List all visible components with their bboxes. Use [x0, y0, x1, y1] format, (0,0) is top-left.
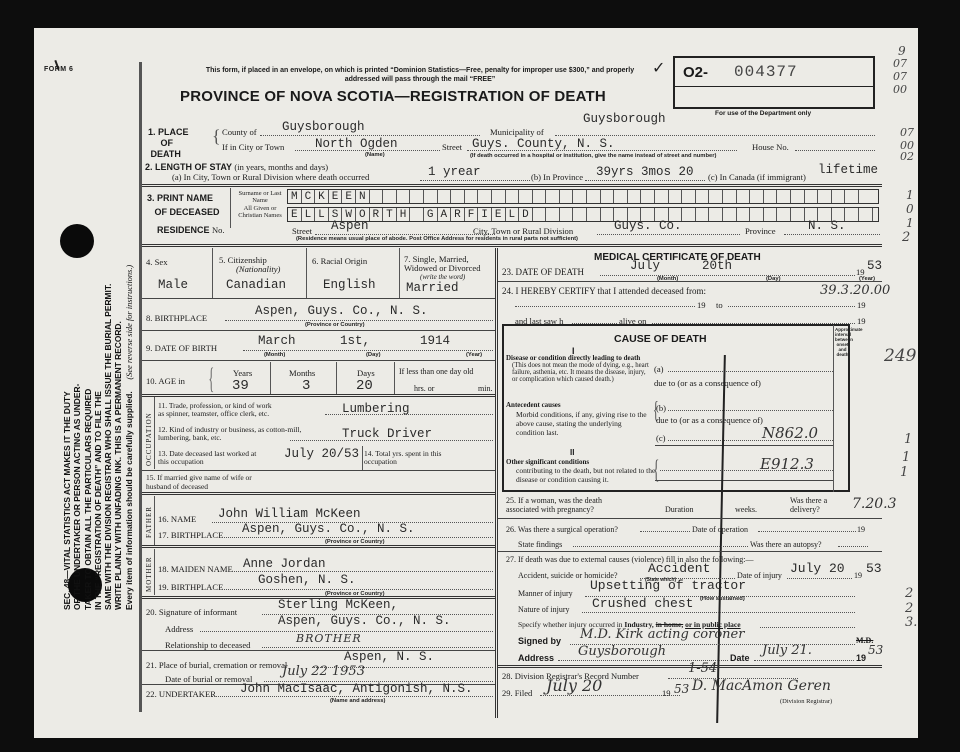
registration-prefix: O2-	[683, 64, 708, 81]
form-title: PROVINCE OF NOVA SCOTIA—REGISTRATION OF …	[180, 88, 606, 105]
dob-day: 1st,	[340, 334, 370, 348]
injury-date-value: July 20	[790, 561, 845, 576]
side-instructions: SEC. 48—VITAL STATISTICS ACT MAKES IT TH…	[62, 130, 142, 610]
marital-status-value: Married	[406, 281, 459, 295]
burial-date-value: July 22 1953	[282, 664, 365, 679]
pregnancy-annotation: 7.20.3	[852, 496, 897, 512]
signed-by-value: M.D. Kirk acting coroner	[580, 627, 744, 642]
residence-province-value: N. S.	[808, 219, 846, 233]
dob-year: 1914	[420, 334, 450, 348]
medical-heading: MEDICAL CERTIFICATE OF DEATH	[594, 252, 761, 263]
surname-grid: MCKEEN	[287, 189, 879, 204]
death-month: July	[630, 259, 660, 273]
age-years: 39	[232, 378, 249, 394]
registration-number: 004377	[734, 63, 798, 81]
residence-street-value: Aspen	[331, 219, 369, 233]
residence-city-value: Guys. Co.	[614, 219, 682, 233]
municipality-value: Guysborough	[583, 112, 666, 126]
form-number: FORM 6	[44, 66, 73, 73]
last-worked-value: July 20/53	[284, 447, 359, 461]
stay-province-value: 39yrs 3mos 20	[596, 165, 694, 179]
street-value: Guys. County, N. S.	[472, 137, 615, 151]
undertaker-value: John MacIsaac, Antigonish, N.S.	[240, 682, 473, 696]
interval-header: Approximate interval between onset and d…	[835, 327, 850, 357]
signer-address-value: Guysborough	[578, 644, 666, 659]
external-kind-value: Accident	[648, 561, 710, 576]
informant-address-value: Aspen, Guys. Co., N. S.	[278, 614, 451, 628]
citizenship-value: Canadian	[226, 278, 286, 292]
informant-signature-value: Sterling McKeen,	[278, 598, 398, 612]
father-name-value: John William McKeen	[218, 507, 361, 521]
filed-year-value: 53	[674, 682, 689, 696]
trade-value: Lumbering	[342, 402, 410, 416]
signed-year-value: 53	[868, 643, 883, 657]
county-value: Guysborough	[282, 120, 365, 134]
filed-date-value: July 20	[546, 676, 602, 695]
racial-origin-value: English	[323, 278, 376, 292]
signed-date-value: July 21.	[762, 643, 812, 658]
city-value: North Ogden	[315, 137, 398, 151]
industry-value: Truck Driver	[342, 427, 432, 441]
relationship-value: BROTHER	[296, 632, 362, 645]
birthplace-value: Aspen, Guys. Co., N. S.	[255, 304, 428, 318]
print-name-label: 3. PRINT NAME OF DECEASED	[147, 191, 220, 219]
cause-c-value: N862.0	[762, 424, 818, 442]
sex-value: Male	[158, 278, 188, 292]
mother-maiden-value: Anne Jordan	[243, 557, 326, 571]
check-mark: ✓	[652, 58, 665, 77]
burial-place-value: Aspen, N. S.	[344, 650, 434, 664]
manner-of-injury-value: Upsetting of tractor	[590, 578, 746, 593]
place-of-death-label: 1. PLACE OF DEATH	[148, 127, 189, 160]
form-border	[139, 62, 142, 712]
stay-city-value: 1 yrear	[428, 165, 481, 179]
department-box: O2- 004377	[673, 56, 875, 109]
other-conditions-value: E912.3	[760, 455, 814, 473]
death-day: 20th	[702, 259, 732, 273]
registrar-signature: D. MacAmon Geren	[692, 678, 831, 694]
department-caption: For use of the Department only	[715, 110, 811, 117]
father-birthplace-value: Aspen, Guys. Co., N. S.	[242, 522, 415, 536]
death-year: 53	[867, 259, 882, 273]
dob-month: March	[258, 334, 296, 348]
injury-year-value: 53	[866, 561, 882, 576]
stay-canada-value: lifetime	[818, 163, 878, 177]
certify-annotation: 39.3.20.00	[820, 283, 890, 298]
age-months: 3	[302, 378, 310, 394]
given-names-grid: ELLSWORTH GARFIELD	[287, 207, 879, 222]
record-number-value: 1-54	[688, 661, 717, 676]
postage-notice: This form, if placed in an envelope, on …	[200, 66, 640, 84]
nature-of-injury-value: Crushed chest	[592, 596, 693, 611]
mother-birthplace-value: Goshen, N. S.	[258, 573, 356, 587]
age-days: 20	[356, 378, 373, 394]
